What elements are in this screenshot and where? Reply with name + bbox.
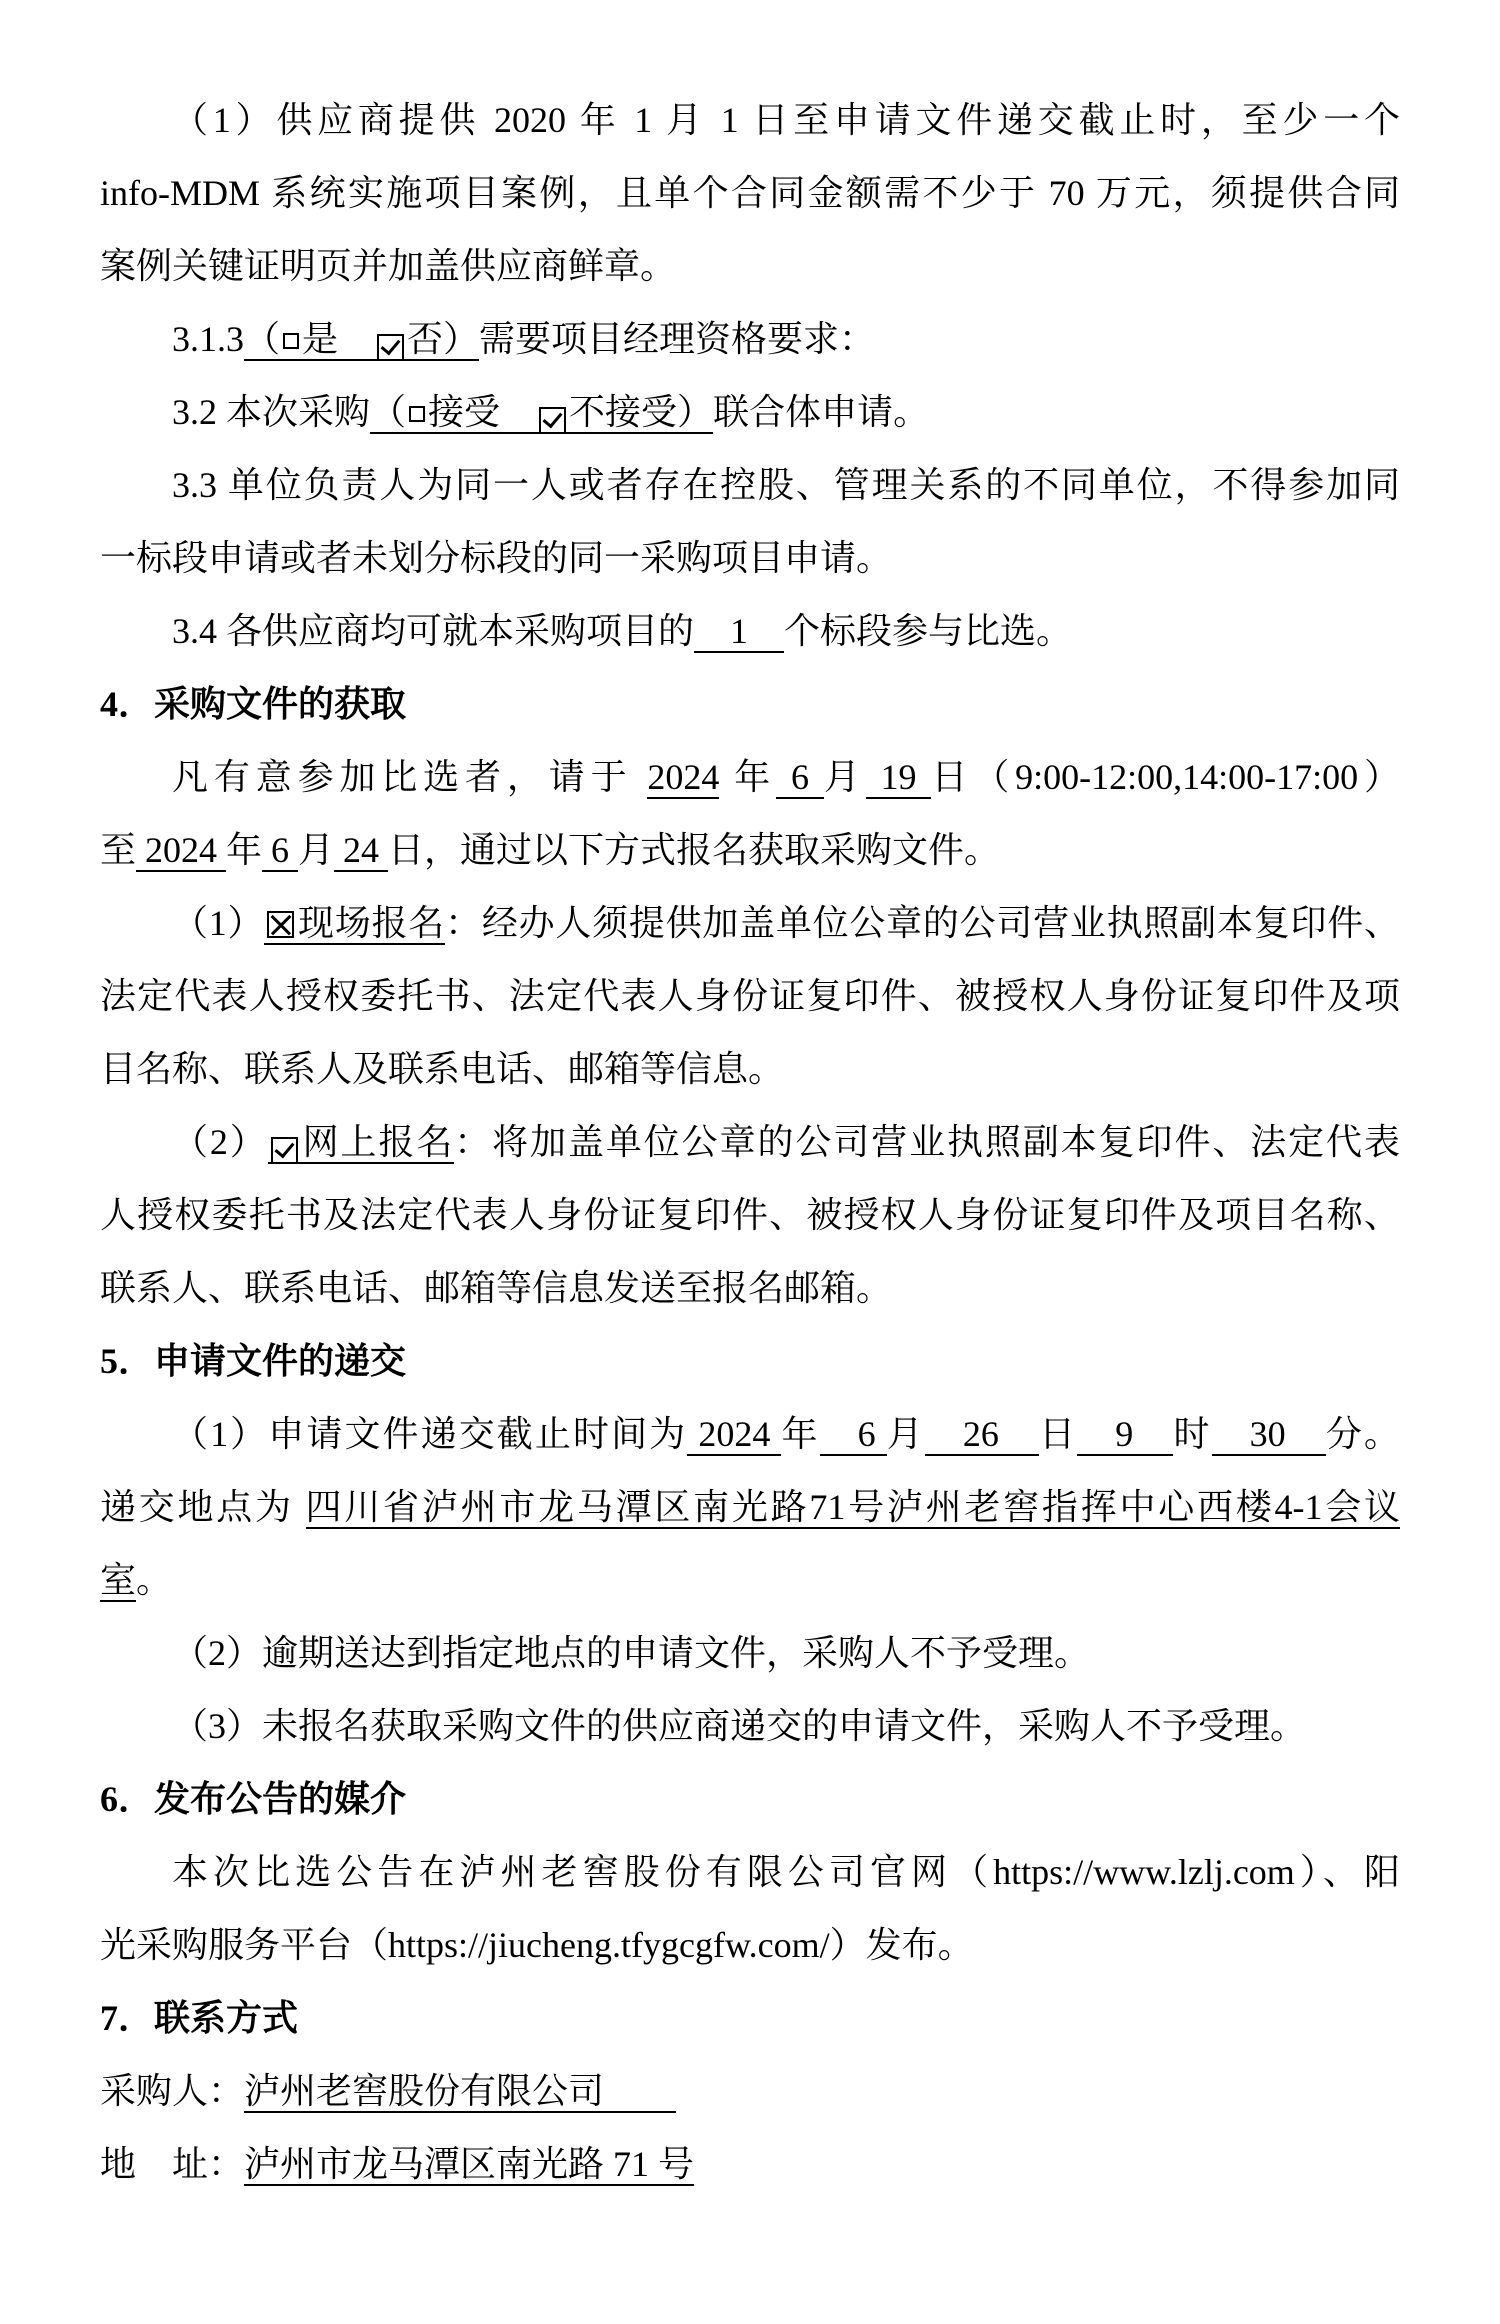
text-run: （1） — [172, 903, 264, 943]
text-run: 地 址： — [100, 2144, 244, 2184]
document-line: 凡有意参加比选者，请于 2024 年 6 月 19 日（9:00-12:00,1… — [100, 741, 1400, 814]
underlined-segment: 24 — [334, 830, 388, 872]
text-run: 人授权委托书及法定代表人身份证复印件、被授权人身份证复印件及项目名称、 — [100, 1195, 1400, 1235]
text-run: 4．采购文件的获取 — [100, 684, 406, 724]
text-run: 日，通过以下方式报名获取采购文件。 — [388, 830, 1000, 870]
document-line: 联系人、联系电话、邮箱等信息发送至报名邮箱。 — [100, 1252, 1400, 1325]
section-heading: 4．采购文件的获取 — [100, 668, 1400, 741]
document-line: 递交地点为 四川省泸州市龙马潭区南光路71号泸州老窖指挥中心西楼4-1会议 — [100, 1471, 1400, 1544]
text-run: 月 — [887, 1414, 925, 1454]
text-run: 3.3 单位负责人为同一人或者存在控股、管理关系的不同单位，不得参加同 — [172, 465, 1400, 505]
text-run: ：经办人须提供加盖单位公章的公司营业执照副本复印件、 — [445, 903, 1400, 943]
text-run: 目名称、联系人及联系电话、邮箱等信息。 — [100, 1049, 784, 1089]
text-run: 网上报名 — [301, 1122, 455, 1162]
text-run: 2024 — [136, 830, 226, 870]
text-run: 月 — [824, 757, 866, 797]
checkbox-crossed-icon — [267, 911, 294, 938]
text-run: 24 — [334, 830, 388, 870]
document-line: （1）申请文件递交截止时间为 2024 年 6 月 26 日 9 时 30 分。 — [100, 1398, 1400, 1471]
text-run: （1）申请文件递交截止时间为 — [172, 1414, 687, 1454]
text-run: 泸州市龙马潭区南光路 71 号 — [244, 2144, 694, 2184]
document-line: 本次比选公告在泸州老窖股份有限公司官网（https://www.lzlj.com… — [100, 1836, 1400, 1909]
text-run: 光采购服务平台（https://jiucheng.tfygcgfw.com/）发… — [100, 1925, 974, 1965]
text-run: 3.2 本次采购 — [172, 392, 370, 432]
text-run: 联合体申请。 — [713, 392, 929, 432]
document-line: （1）现场报名：经办人须提供加盖单位公章的公司营业执照副本复印件、 — [100, 887, 1400, 960]
text-run: 2024 — [647, 757, 719, 797]
text-run: 个标段参与比选。 — [784, 611, 1072, 651]
underlined-segment: 26 — [925, 1414, 1039, 1456]
text-run: 7．联系方式 — [100, 1998, 298, 2038]
document-line: 3.4 各供应商均可就本采购项目的 1 个标段参与比选。 — [100, 595, 1400, 668]
text-run: 案例关键证明页并加盖供应商鲜章。 — [100, 246, 676, 286]
text-run: 否） — [407, 319, 479, 359]
underlined-segment: 2024 — [136, 830, 226, 872]
underlined-segment: 2024 — [687, 1414, 781, 1456]
checkbox-checked-icon — [539, 407, 566, 434]
text-run: 1 — [694, 611, 784, 651]
text-run: 泸州老窖股份有限公司 — [244, 2071, 676, 2111]
text-run: 不接受） — [569, 392, 713, 432]
text-run: ：将加盖单位公章的公司营业执照副本复印件、法定代表 — [454, 1122, 1400, 1162]
text-run: （ — [370, 392, 406, 432]
text-run: 室 — [100, 1560, 136, 1600]
document-line: 至 2024 年 6 月 24 日，通过以下方式报名获取采购文件。 — [100, 814, 1400, 887]
document-line: 3.1.3（是 否）需要项目经理资格要求： — [100, 303, 1400, 376]
underlined-segment: 6 — [262, 830, 298, 872]
underlined-segment — [268, 1122, 301, 1164]
underlined-segment — [374, 319, 407, 361]
underlined-segment — [536, 392, 569, 434]
checkbox-checked-icon — [377, 334, 404, 361]
underlined-segment: 30 — [1212, 1414, 1326, 1456]
text-run: 年 — [226, 830, 262, 870]
text-run: 月 — [298, 830, 334, 870]
text-run: 年 — [719, 757, 776, 797]
section-heading: 7．联系方式 — [100, 1982, 1400, 2055]
checkbox-unchecked-icon — [409, 406, 425, 422]
underlined-segment: 是 — [302, 319, 374, 361]
section-heading: 5．申请文件的递交 — [100, 1325, 1400, 1398]
underlined-segment: 泸州老窖股份有限公司 — [244, 2071, 676, 2113]
text-run: 至 — [100, 830, 136, 870]
section-heading: 6．发布公告的媒介 — [100, 1763, 1400, 1836]
text-run: 6 — [262, 830, 298, 870]
underlined-segment: 9 — [1077, 1414, 1173, 1456]
underlined-segment: 19 — [866, 757, 932, 799]
document-line: （2）网上报名：将加盖单位公章的公司营业执照副本复印件、法定代表 — [100, 1106, 1400, 1179]
underlined-segment: 现场报名 — [297, 903, 445, 945]
document-line: 采购人：泸州老窖股份有限公司 — [100, 2055, 1400, 2128]
text-run: 采购人： — [100, 2071, 244, 2111]
underlined-segment: 2024 — [647, 757, 719, 799]
text-run: 。 — [136, 1560, 172, 1600]
document-line: （3）未报名获取采购文件的供应商递交的申请文件，采购人不予受理。 — [100, 1690, 1400, 1763]
text-run: 需要项目经理资格要求： — [479, 319, 875, 359]
text-run: 3.4 各供应商均可就本采购项目的 — [172, 611, 694, 651]
text-run: （3）未报名获取采购文件的供应商递交的申请文件，采购人不予受理。 — [172, 1706, 1306, 1746]
text-run: 6．发布公告的媒介 — [100, 1779, 406, 1819]
underlined-segment — [264, 903, 297, 945]
underlined-segment: 6 — [776, 757, 824, 799]
underlined-segment: 四川省泸州市龙马潭区南光路71号泸州老窖指挥中心西楼4-1会议 — [306, 1487, 1400, 1529]
underlined-segment: 1 — [694, 611, 784, 653]
text-run: 联系人、联系电话、邮箱等信息发送至报名邮箱。 — [100, 1268, 892, 1308]
underlined-segment: 泸州市龙马潭区南光路 71 号 — [244, 2144, 694, 2186]
text-run: （ — [244, 319, 280, 359]
underlined-segment — [406, 392, 428, 434]
checkbox-checked-icon — [271, 1137, 298, 1164]
document-line: 3.2 本次采购（接受 不接受）联合体申请。 — [100, 376, 1400, 449]
text-run: 6 — [820, 1414, 887, 1454]
text-run: 本次比选公告在泸州老窖股份有限公司官网（https://www.lzlj.com… — [172, 1852, 1400, 1892]
text-run: （2） — [172, 1122, 268, 1162]
document-line: 案例关键证明页并加盖供应商鲜章。 — [100, 230, 1400, 303]
document-line: 目名称、联系人及联系电话、邮箱等信息。 — [100, 1033, 1400, 1106]
document-line: （2）逾期送达到指定地点的申请文件，采购人不予受理。 — [100, 1617, 1400, 1690]
text-run: （2）逾期送达到指定地点的申请文件，采购人不予受理。 — [172, 1633, 1090, 1673]
text-run: 法定代表人授权委托书、法定代表人身份证复印件、被授权人身份证复印件及项 — [100, 976, 1400, 1016]
text-run: （1）供应商提供 2020 年 1 月 1 日至申请文件递交截止时，至少一个 — [172, 100, 1400, 140]
underlined-segment: 不接受） — [569, 392, 713, 434]
text-run: 日 — [1039, 1414, 1077, 1454]
text-run: 19 — [866, 757, 932, 797]
underlined-segment: 6 — [820, 1414, 887, 1456]
text-run: info-MDM 系统实施项目案例，且单个合同金额需不少于 70 万元，须提供合… — [100, 173, 1400, 213]
text-run: 年 — [781, 1414, 819, 1454]
text-run: 时 — [1173, 1414, 1211, 1454]
document-line: 一标段申请或者未划分标段的同一采购项目申请。 — [100, 522, 1400, 595]
text-run: 接受 — [428, 392, 536, 432]
underlined-segment: （ — [244, 319, 280, 361]
underlined-segment: 室 — [100, 1560, 136, 1602]
document-line: 人授权委托书及法定代表人身份证复印件、被授权人身份证复印件及项目名称、 — [100, 1179, 1400, 1252]
underlined-segment: 网上报名 — [301, 1122, 455, 1164]
document-line: 光采购服务平台（https://jiucheng.tfygcgfw.com/）发… — [100, 1909, 1400, 1982]
document-line: 法定代表人授权委托书、法定代表人身份证复印件、被授权人身份证复印件及项 — [100, 960, 1400, 1033]
text-run: 递交地点为 — [100, 1487, 306, 1527]
text-run: 一标段申请或者未划分标段的同一采购项目申请。 — [100, 538, 892, 578]
text-run: 四川省泸州市龙马潭区南光路71号泸州老窖指挥中心西楼4-1会议 — [306, 1487, 1400, 1527]
text-run: 3.1.3 — [172, 319, 244, 359]
text-run: 日（9:00-12:00,14:00-17:00） — [931, 757, 1400, 797]
checkbox-unchecked-icon — [283, 333, 299, 349]
text-run: 30 — [1212, 1414, 1326, 1454]
text-run: 现场报名 — [297, 903, 445, 943]
text-run: 2024 — [687, 1414, 781, 1454]
document-line: 地 址：泸州市龙马潭区南光路 71 号 — [100, 2128, 1400, 2201]
text-run: 是 — [302, 319, 374, 359]
document-line: 室。 — [100, 1544, 1400, 1617]
document-line: info-MDM 系统实施项目案例，且单个合同金额需不少于 70 万元，须提供合… — [100, 157, 1400, 230]
document-line: 3.3 单位负责人为同一人或者存在控股、管理关系的不同单位，不得参加同 — [100, 449, 1400, 522]
text-run: 9 — [1077, 1414, 1173, 1454]
text-run: 26 — [925, 1414, 1039, 1454]
document-page: （1）供应商提供 2020 年 1 月 1 日至申请文件递交截止时，至少一个in… — [0, 0, 1500, 2324]
underlined-segment: （ — [370, 392, 406, 434]
underlined-segment: 接受 — [428, 392, 536, 434]
text-run: 凡有意参加比选者，请于 — [172, 757, 647, 797]
underlined-segment — [280, 319, 302, 361]
text-run: 分。 — [1326, 1414, 1400, 1454]
underlined-segment: 否） — [407, 319, 479, 361]
document-line: （1）供应商提供 2020 年 1 月 1 日至申请文件递交截止时，至少一个 — [100, 84, 1400, 157]
text-run: 6 — [776, 757, 824, 797]
text-run: 5．申请文件的递交 — [100, 1341, 406, 1381]
